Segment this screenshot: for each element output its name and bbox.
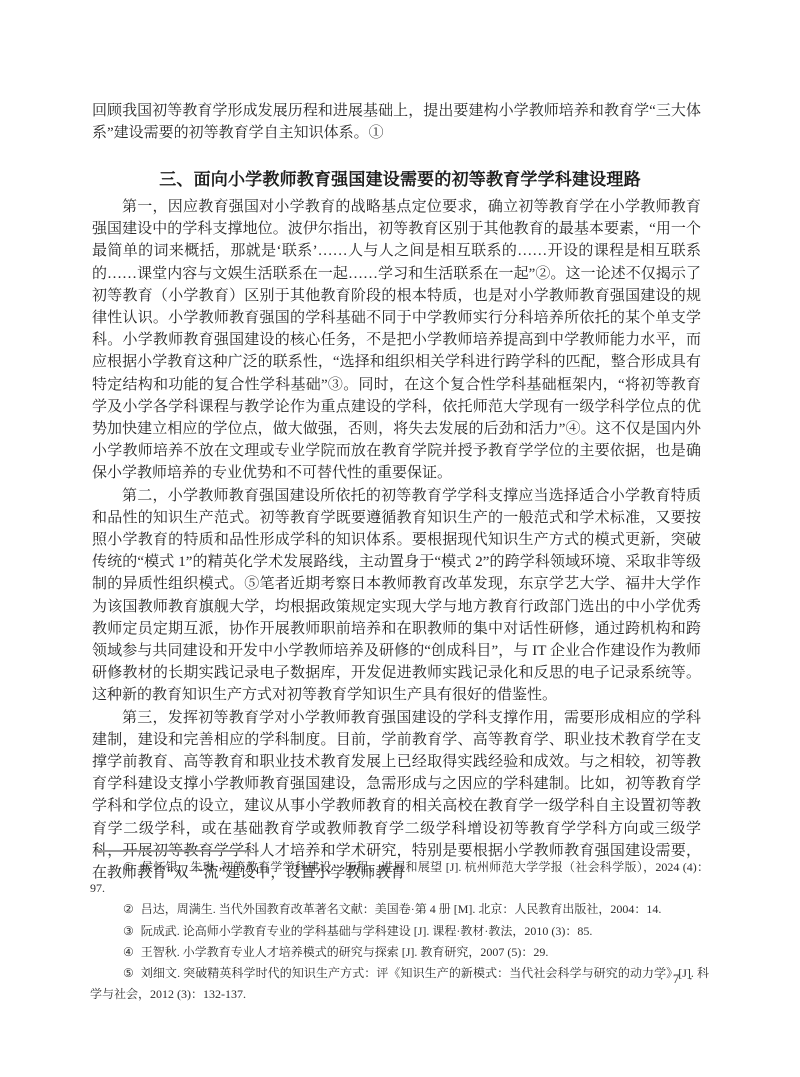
footnote-2: ②吕达，周满生. 当代外国教育改革著名文献：美国卷·第 4 册 [M]. 北京：… bbox=[90, 899, 709, 920]
footnote-1-text: 侯怀银，朱琳. 初等教育学学科建设：历程、进展和展望 [J]. 杭州师范大学学报… bbox=[90, 860, 709, 895]
article-body: 第一，因应教育强国对小学教育的战略基点定位要求，确立初等教育学在小学教师教育强国… bbox=[92, 196, 701, 884]
paragraph-first-point: 第一，因应教育强国对小学教育的战略基点定位要求，确立初等教育学在小学教师教育强国… bbox=[92, 196, 701, 485]
footnote-2-marker: ② bbox=[123, 902, 134, 916]
footnote-4: ④王智秋. 小学教育专业人才培养模式的研究与探索 [J]. 教育研究，2007 … bbox=[90, 942, 709, 963]
continuation-paragraph: 回顾我国初等教育学形成发展历程和进展基础上，提出要建构小学教师培养和教育学“三大… bbox=[92, 100, 701, 144]
footnote-1: ①侯怀银，朱琳. 初等教育学学科建设：历程、进展和展望 [J]. 杭州师范大学学… bbox=[90, 857, 709, 899]
footnote-1-marker: ① bbox=[123, 860, 134, 874]
footnote-separator-rule bbox=[97, 850, 251, 852]
footnote-3: ③阮成武. 论高师小学教育专业的学科基础与学科建设 [J]. 课程·教材·教法，… bbox=[90, 921, 709, 942]
section-heading: 三、面向小学教师教育强国建设需要的初等教育学学科建设理路 bbox=[0, 165, 800, 190]
footnote-4-marker: ④ bbox=[123, 945, 134, 959]
footnotes-section: ①侯怀银，朱琳. 初等教育学学科建设：历程、进展和展望 [J]. 杭州师范大学学… bbox=[90, 857, 709, 1005]
footnote-3-marker: ③ bbox=[123, 924, 134, 938]
document-page: 回顾我国初等教育学形成发展历程和进展基础上，提出要建构小学教师培养和教育学“三大… bbox=[0, 0, 800, 1077]
page-number: · 7 · bbox=[659, 971, 696, 987]
footnote-2-text: 吕达，周满生. 当代外国教育改革著名文献：美国卷·第 4 册 [M]. 北京：人… bbox=[141, 902, 662, 916]
footnote-4-text: 王智秋. 小学教育专业人才培养模式的研究与探索 [J]. 教育研究，2007 (… bbox=[141, 945, 549, 959]
footnote-5-text: 刘细文. 突破精英科学时代的知识生产方式：评《知识生产的新模式：当代社会科学与研… bbox=[90, 966, 709, 1001]
footnote-5-marker: ⑤ bbox=[123, 966, 134, 980]
footnote-3-text: 阮成武. 论高师小学教育专业的学科基础与学科建设 [J]. 课程·教材·教法，2… bbox=[141, 924, 593, 938]
paragraph-second-point: 第二，小学教师教育强国建设所依托的初等教育学学科支撑应当选择适合小学教育特质和品… bbox=[92, 485, 701, 707]
footnote-5: ⑤刘细文. 突破精英科学时代的知识生产方式：评《知识生产的新模式：当代社会科学与… bbox=[90, 963, 709, 1005]
